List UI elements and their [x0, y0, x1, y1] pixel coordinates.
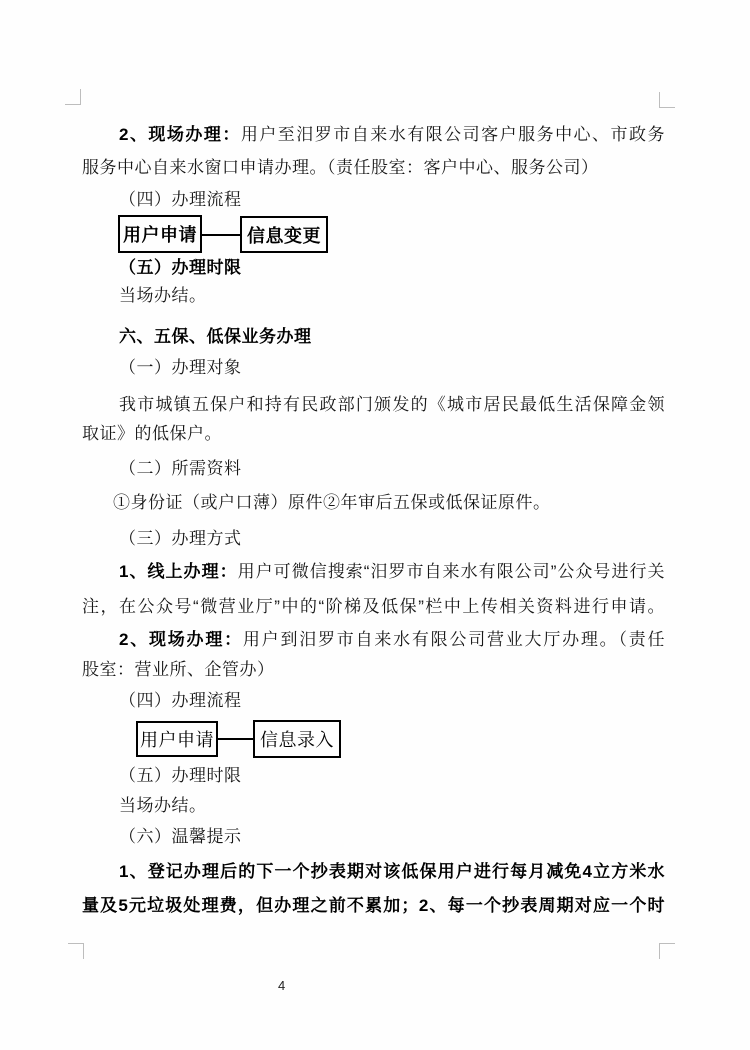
paragraph-onsite-change-line2: 服务中心自来水窗口申请办理。（责任股室：客户中心、服务公司） — [82, 155, 665, 181]
heading-tips: （六）温馨提示 — [82, 824, 665, 850]
text-time-2: 当场办结。 — [82, 793, 665, 819]
flow-box-user-apply-2: 用户申请 — [136, 721, 218, 757]
flow-connector-1 — [200, 234, 242, 236]
heading-flow-2: （四）办理流程 — [82, 688, 665, 714]
target-line1: 我市城镇五保户和持有民政部门颁发的《城市居民最低生活保障金领 — [82, 392, 665, 418]
text-change-time: 当场办结。 — [82, 283, 665, 309]
materials-text: ①身份证（或户口薄）原件②年审后五保或低保证原件。 — [82, 490, 665, 516]
online-rest: 用户可微信搜索“汨罗市自来水有限公司”公众号进行关 — [238, 562, 665, 581]
tips-line2: 量及5元垃圾处理费，但办理之前不累加；2、每一个抄表周期对应一个时 — [82, 893, 665, 919]
onsite-change-lead: 2、现场办理： — [119, 125, 241, 144]
flow-box-user-apply-1: 用户申请 — [118, 215, 202, 253]
flow-box-info-entry: 信息录入 — [253, 720, 341, 758]
flow-connector-2 — [216, 738, 254, 740]
onsite-rest: 用户到汨罗市自来水有限公司营业大厅办理。（责任 — [243, 630, 665, 649]
page-number: 4 — [278, 978, 285, 993]
onsite-line2: 股室：营业所、企管办） — [82, 657, 665, 683]
online-line2: 注，在公众号“微营业厅”中的“阶梯及低保”栏中上传相关资料进行申请。 — [82, 594, 665, 620]
onsite-lead: 2、现场办理： — [119, 630, 243, 649]
heading-change-flow: （四）办理流程 — [82, 187, 665, 213]
heading-target: （一）办理对象 — [82, 355, 665, 381]
crop-mark-top-left — [65, 89, 81, 105]
heading-method: （三）办理方式 — [82, 526, 665, 552]
onsite-line1: 2、现场办理：用户到汨罗市自来水有限公司营业大厅办理。（责任 — [82, 627, 665, 653]
target-line2: 取证》的低保户。 — [82, 421, 665, 447]
paragraph-onsite-change-line1: 2、现场办理：用户至汨罗市自来水有限公司客户服务中心、市政务 — [82, 122, 665, 148]
section6-title: 六、五保、低保业务办理 — [82, 324, 665, 350]
heading-change-time: （五）办理时限 — [82, 255, 665, 281]
tips-line1: 1、登记办理后的下一个抄表期对该低保用户进行每月减免4立方米水 — [82, 859, 665, 885]
online-lead: 1、线上办理： — [119, 562, 238, 581]
online-line1: 1、线上办理：用户可微信搜索“汨罗市自来水有限公司”公众号进行关 — [82, 559, 665, 585]
onsite-change-rest: 用户至汨罗市自来水有限公司客户服务中心、市政务 — [241, 125, 665, 144]
heading-time-2: （五）办理时限 — [82, 763, 665, 789]
crop-mark-top-right — [659, 92, 675, 108]
heading-materials: （二）所需资料 — [82, 456, 665, 482]
document-page: 2、现场办理：用户至汨罗市自来水有限公司客户服务中心、市政务 服务中心自来水窗口… — [0, 0, 750, 1050]
crop-mark-bottom-left — [68, 943, 84, 959]
crop-mark-bottom-right — [659, 943, 675, 959]
flow-box-info-change: 信息变更 — [240, 216, 328, 253]
